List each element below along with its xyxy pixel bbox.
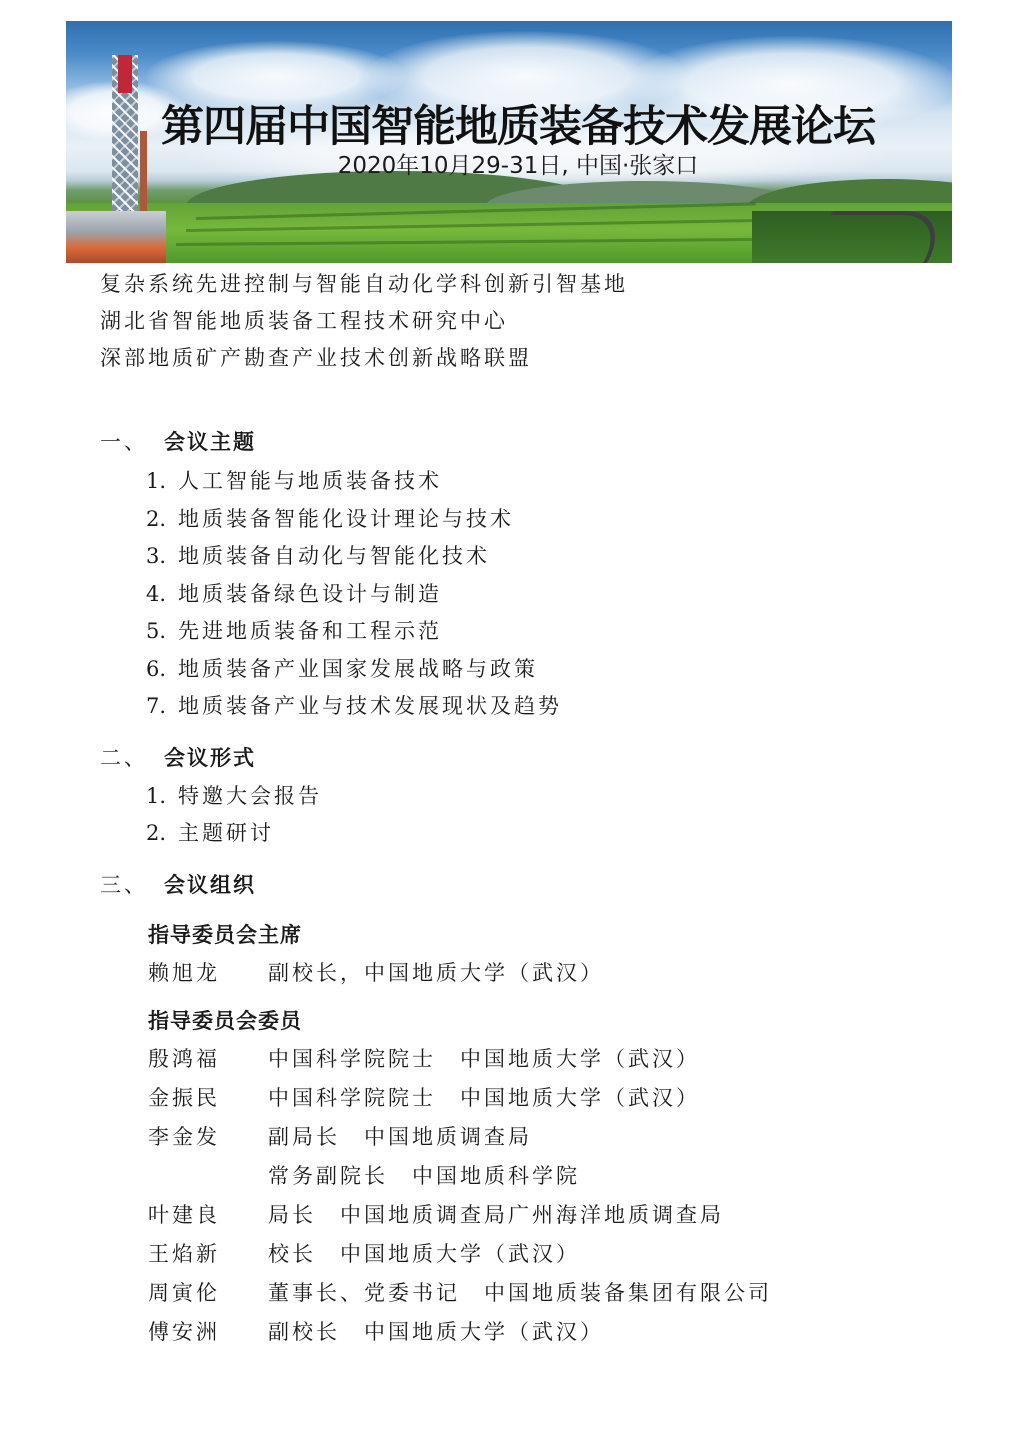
person-role: 副校长，中国地质大学（武汉） — [268, 959, 604, 987]
section-number: 一、 — [100, 428, 148, 456]
section-title-themes: 会议主题 — [164, 428, 256, 456]
person-name: 傅安洲 — [148, 1318, 220, 1346]
organizer-line: 湖北省智能地质装备工程技术研究中心 — [100, 307, 508, 335]
section-title-format: 会议形式 — [164, 744, 256, 772]
list-item-number: 5. — [146, 617, 166, 645]
banner-title: 第四届中国智能地质装备技术发展论坛 — [66, 93, 952, 154]
section-title-organization: 会议组织 — [164, 871, 256, 899]
list-item: 地质装备智能化设计理论与技术 — [178, 505, 514, 533]
conference-banner: 第四届中国智能地质装备技术发展论坛 2020年10月29-31日, 中国·张家口 — [66, 21, 952, 263]
list-item: 先进地质装备和工程示范 — [178, 617, 442, 645]
list-item-number: 2. — [146, 819, 166, 847]
members-heading: 指导委员会委员 — [148, 1007, 302, 1035]
person-role: 常务副院长 中国地质科学院 — [268, 1162, 580, 1190]
person-name: 周寅伦 — [148, 1279, 220, 1307]
list-item: 地质装备自动化与智能化技术 — [178, 542, 490, 570]
list-item: 地质装备产业国家发展战略与政策 — [178, 655, 538, 683]
list-item-number: 6. — [146, 655, 166, 683]
list-item-number: 1. — [146, 782, 166, 810]
person-name: 李金发 — [148, 1123, 220, 1151]
person-role: 中国科学院院士 中国地质大学（武汉） — [268, 1084, 700, 1112]
organizer-line: 深部地质矿产勘查产业技术创新战略联盟 — [100, 344, 532, 372]
drilling-rig-base — [66, 211, 166, 263]
section-number: 二、 — [100, 744, 148, 772]
list-item-number: 3. — [146, 542, 166, 570]
banner-subtitle: 2020年10月29-31日, 中国·张家口 — [66, 147, 952, 180]
person-role: 校长 中国地质大学（武汉） — [268, 1240, 580, 1268]
list-item-number: 2. — [146, 505, 166, 533]
list-item: 特邀大会报告 — [178, 782, 322, 810]
chair-heading: 指导委员会主席 — [148, 921, 302, 949]
section-number: 三、 — [100, 871, 148, 899]
person-name: 王焰新 — [148, 1240, 220, 1268]
list-item-number: 1. — [146, 467, 166, 495]
person-role: 局长 中国地质调查局广州海洋地质调查局 — [268, 1201, 724, 1229]
person-name: 叶建良 — [148, 1201, 220, 1229]
list-item-number: 7. — [146, 692, 166, 720]
list-item: 人工智能与地质装备技术 — [178, 467, 442, 495]
person-name: 金振民 — [148, 1084, 220, 1112]
list-item: 地质装备绿色设计与制造 — [178, 580, 442, 608]
organizer-line: 复杂系统先进控制与智能自动化学科创新引智基地 — [100, 270, 628, 298]
drilling-rig-crown — [118, 55, 132, 93]
list-item: 主题研讨 — [178, 819, 274, 847]
person-name: 赖旭龙 — [148, 959, 220, 987]
person-name: 殷鸿福 — [148, 1045, 220, 1073]
person-role: 中国科学院院士 中国地质大学（武汉） — [268, 1045, 700, 1073]
list-item-number: 4. — [146, 580, 166, 608]
person-role: 董事长、党委书记 中国地质装备集团有限公司 — [268, 1279, 772, 1307]
list-item: 地质装备产业与技术发展现状及趋势 — [178, 692, 562, 720]
person-role: 副局长 中国地质调查局 — [268, 1123, 532, 1151]
person-role: 副校长 中国地质大学（武汉） — [268, 1318, 604, 1346]
